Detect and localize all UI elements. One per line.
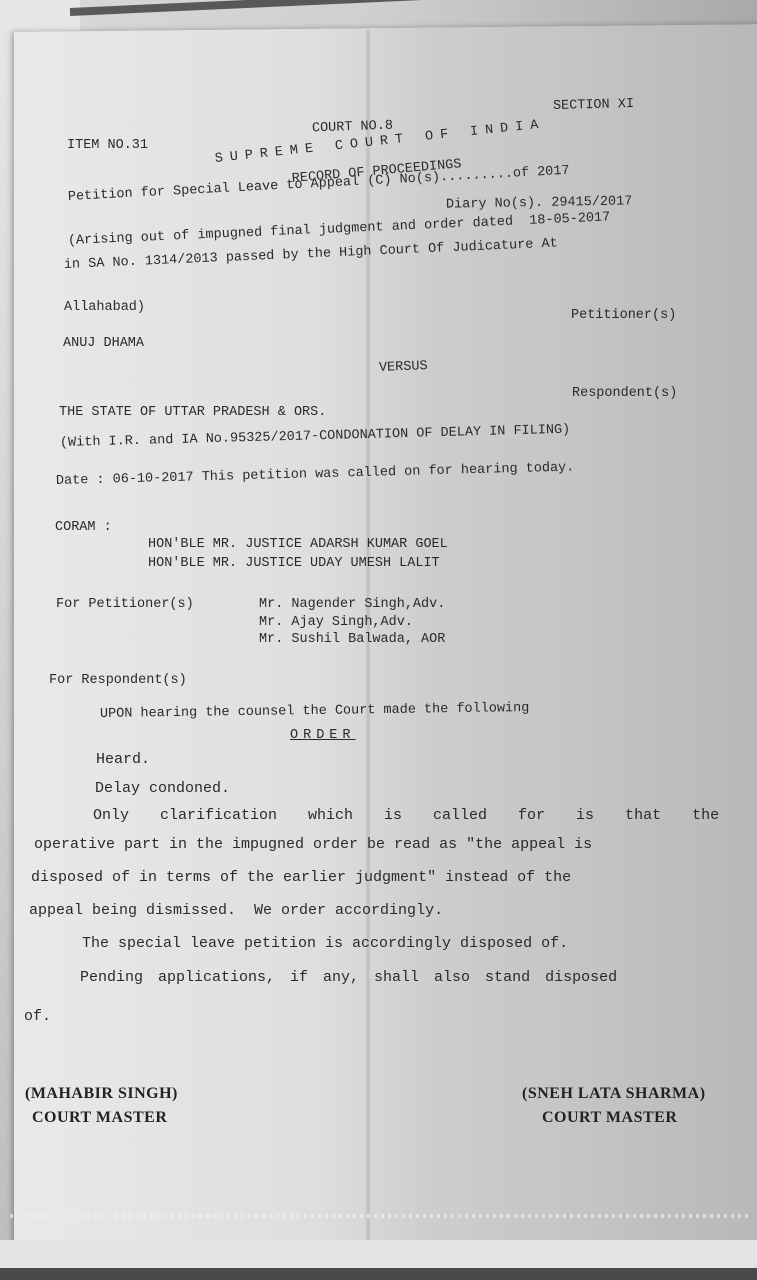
petitioner-name: ANUJ DHAMA — [63, 336, 144, 352]
signatory-1-title: COURT MASTER — [32, 1110, 167, 1126]
arising-line-3: Allahabad) — [64, 300, 145, 316]
section-label: SECTION XI — [553, 97, 634, 115]
order-line-9: of. — [24, 1009, 51, 1025]
table-edge — [0, 1268, 757, 1280]
page-bottom-perforation — [10, 1214, 750, 1218]
order-line-4: operative part in the impugned order be … — [34, 837, 592, 853]
petitioner-counsel-3: Mr. Sushil Balwada, AOR — [259, 632, 445, 648]
coram-label: CORAM : — [55, 520, 112, 536]
order-line-delay: Delay condoned. — [95, 781, 230, 797]
respondent-name: THE STATE OF UTTAR PRADESH & ORS. — [59, 405, 326, 421]
versus-label: VERSUS — [379, 359, 428, 377]
respondent-counsel-label: For Respondent(s) — [49, 673, 187, 689]
order-line-3: Only clarification which is called for i… — [93, 808, 719, 824]
judge-1: HON'BLE MR. JUSTICE ADARSH KUMAR GOEL — [148, 537, 448, 553]
judge-2: HON'BLE MR. JUSTICE UDAY UMESH LALIT — [148, 556, 440, 572]
respondent-label: Respondent(s) — [572, 386, 677, 402]
order-line-5: disposed of in terms of the earlier judg… — [31, 870, 571, 886]
petitioner-counsel-2: Mr. Ajay Singh,Adv. — [259, 615, 413, 631]
signatory-1-name: (MAHABIR SINGH) — [25, 1086, 178, 1102]
petitioner-counsel-label: For Petitioner(s) — [56, 597, 194, 613]
order-line-heard: Heard. — [96, 752, 150, 768]
signatory-2-name: (SNEH LATA SHARMA) — [522, 1086, 706, 1102]
order-line-6: appeal being dismissed. We order accordi… — [29, 903, 443, 919]
petitioner-label: Petitioner(s) — [571, 308, 676, 324]
item-number: ITEM NO.31 — [67, 138, 148, 154]
order-title: ORDER — [290, 728, 356, 744]
signatory-2-title: COURT MASTER — [542, 1110, 677, 1126]
order-line-8: Pending applications, if any, shall also… — [80, 970, 617, 986]
petitioner-counsel-1: Mr. Nagender Singh,Adv. — [259, 597, 445, 613]
order-line-7: The special leave petition is accordingl… — [82, 936, 568, 952]
